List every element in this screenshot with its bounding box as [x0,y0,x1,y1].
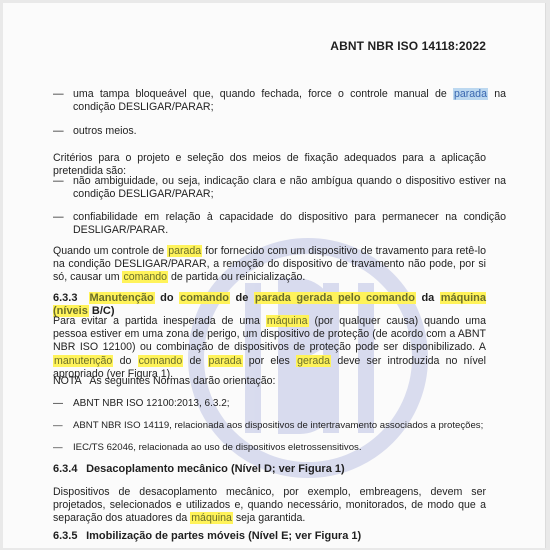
paragraph: Para evitar a partida inesperada de uma … [53,315,486,381]
text: por eles [243,355,297,367]
list-item: — ABNT NBR ISO 12100:2013, 6.3.2; [53,397,506,410]
highlighted-term: comando [138,355,184,367]
highlighted-term: máquina [190,512,233,524]
highlighted-term: máquina [266,315,309,327]
text: do [113,355,137,367]
dash-bullet: — [53,211,64,224]
highlighted-term: comando [179,292,230,304]
list-item: — ABNT NBR ISO 14119, relacionada aos di… [53,419,506,432]
text: Para evitar a partida inesperada de uma [53,315,266,327]
dash-bullet: — [53,441,63,454]
highlighted-term: parada [208,355,243,367]
section-heading-6-3-5: 6.3.5 Imobilização de partes móveis (Nív… [53,530,486,543]
document-page: ABNT NBR ISO 14118:2022 — uma tampa bloq… [3,3,546,548]
note: NOTA As seguintes Normas darão orientaçã… [53,375,486,388]
section-title: Imobilização de partes móveis (Nível E; … [86,530,361,542]
text: de [230,292,254,304]
list-item-text: confiabilidade em relação à capacidade d… [73,211,506,236]
highlighted-term: gerada [296,355,331,367]
highlighted-term: parada [167,245,202,257]
list-item-text: outros meios. [73,125,137,137]
text: de partida ou reinicialização. [168,271,305,283]
text: Quando um controle de [53,245,167,257]
dash-bullet: — [53,125,64,138]
highlighted-term: manutenção [53,355,113,367]
paragraph: Dispositivos de desacoplamento mecânico,… [53,486,486,526]
list-item-text: ABNT NBR ISO 14119, relacionada aos disp… [73,420,483,431]
highlighted-term: Manutenção [89,292,155,304]
list-item-text: não ambiguidade, ou seja, indicação clar… [73,175,506,200]
list-item: — outros meios. [53,125,506,138]
text: do [155,292,179,304]
text: da [416,292,440,304]
dash-bullet: — [53,88,64,101]
text: seja garantida. [233,512,305,524]
section-number: 6.3.4 [53,463,83,476]
text: de [183,355,207,367]
selected-text[interactable]: parada [453,88,488,100]
dash-bullet: — [53,397,63,410]
list-item: — confiabilidade em relação à capacidade… [53,211,506,237]
list-item-text: ABNT NBR ISO 12100:2013, 6.3.2; [73,398,230,409]
paragraph: Quando um controle de parada for forneci… [53,245,486,285]
document-standard-title: ABNT NBR ISO 14118:2022 [330,40,486,53]
dash-bullet: — [53,175,64,188]
list-item-text: uma tampa bloqueável que, quando fechada… [73,88,453,100]
section-heading-6-3-4: 6.3.4 Desacoplamento mecânico (Nível D; … [53,463,486,476]
section-title: Desacoplamento mecânico (Nível D; ver Fi… [86,463,345,475]
highlighted-term: parada gerada pelo comando [254,292,416,304]
note-label: NOTA [53,375,87,388]
list-item: — IEC/TS 62046, relacionada ao uso de di… [53,441,506,454]
section-number: 6.3.3 [53,292,83,305]
note-text: As seguintes Normas darão orientação: [89,375,275,387]
list-item-text: IEC/TS 62046, relacionada ao uso de disp… [73,442,362,453]
highlighted-term: comando [122,271,168,283]
list-item: — não ambiguidade, ou seja, indicação cl… [53,175,506,201]
section-number: 6.3.5 [53,530,83,543]
list-item: — uma tampa bloqueável que, quando fecha… [53,88,506,114]
dash-bullet: — [53,419,63,432]
